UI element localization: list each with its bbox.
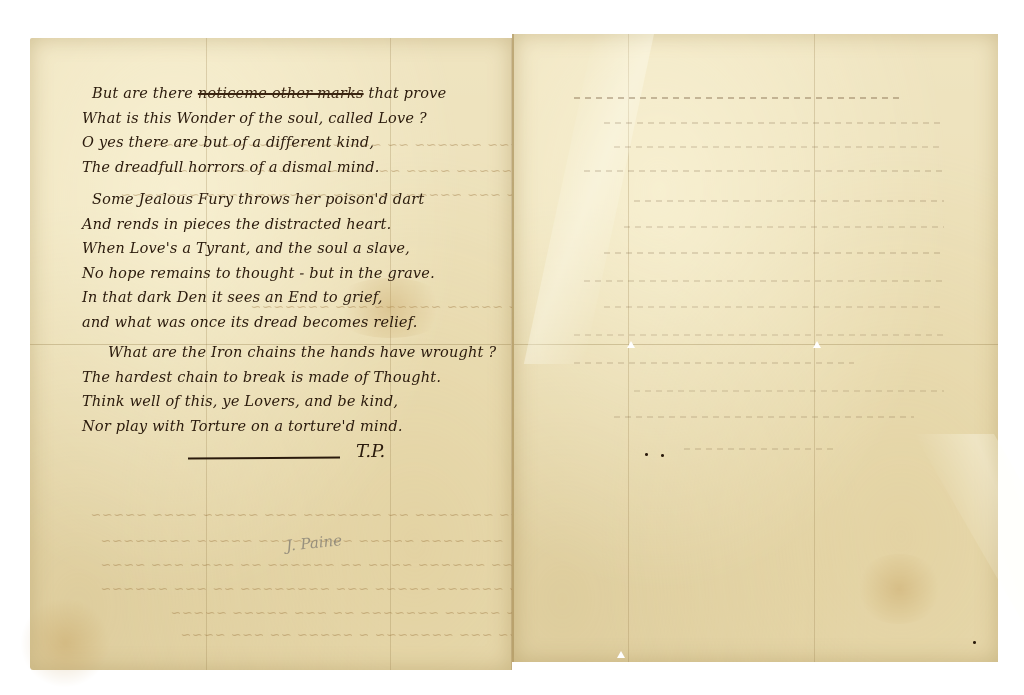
poem-line: and what was once its dread becomes reli…: [82, 311, 502, 336]
poem-line: Nor play with Torture on a torture'd min…: [82, 415, 502, 440]
poem-line: And rends in pieces the distracted heart…: [82, 213, 502, 238]
stanza-2: Some Jealous Fury throws her poison'd da…: [82, 188, 502, 335]
poem-line: The hardest chain to break is made of Th…: [82, 366, 502, 391]
signature-block: T.P.: [188, 443, 448, 467]
fold-tear: [627, 341, 635, 348]
line-text: that prove: [364, 86, 447, 102]
poem-line: Think well of this, ye Lovers, and be ki…: [82, 390, 502, 415]
stanza-1: But are there noticeme other marks that …: [82, 82, 502, 180]
fold-tear: [813, 341, 821, 348]
bleed-through-line: [614, 416, 914, 418]
stanza-3: What are the Iron chains the hands have …: [82, 341, 502, 439]
poem-line: The dreadfull horrors of a dismal mind.: [82, 156, 502, 181]
bleed-through-line: [604, 252, 944, 254]
line-text: But are there: [92, 86, 198, 102]
bleed-through-line: [604, 306, 944, 308]
paper-stain: [854, 554, 944, 624]
fold-tear: [617, 651, 625, 658]
bleed-through-line: [584, 280, 944, 282]
ink-speck: [973, 641, 976, 644]
bleed-through-line: [574, 334, 944, 336]
bleed-through-line: [614, 146, 944, 148]
poem-line: O yes there are but of a different kind,: [82, 131, 502, 156]
diagonal-crease: [914, 434, 1024, 664]
bleed-through-line: [684, 448, 834, 450]
poem-line: Some Jealous Fury throws her poison'd da…: [82, 188, 502, 213]
poem-line: What are the Iron chains the hands have …: [82, 341, 502, 366]
right-page: [512, 34, 998, 662]
bleed-through-text: ~~~~ ~~~~~~ ~~~~ ~~ ~~~~~~ ~~ ~~~~ ~~~ ~…: [100, 558, 536, 573]
struck-through-text: noticeme other marks: [198, 86, 364, 102]
bleed-through-line: [574, 97, 904, 99]
poem-line: But are there noticeme other marks that …: [82, 82, 502, 107]
bleed-through-line: [634, 200, 944, 202]
paper-stain: [20, 598, 110, 688]
fold-crease-vertical: [814, 34, 815, 662]
diagonal-crease: [524, 34, 654, 364]
bleed-through-line: [604, 122, 944, 124]
bleed-through-line: [574, 362, 854, 364]
poem-line: What is this Wonder of the soul, called …: [82, 107, 502, 132]
signature-initials: T.P.: [356, 441, 385, 462]
stanza-spacer: [82, 180, 502, 188]
bleed-through-line: [634, 390, 944, 392]
bleed-through-line: [584, 170, 944, 172]
poem-line: No hope remains to thought - but in the …: [82, 262, 502, 287]
left-page: ~~~ ~~~~ ~~~~~~ ~~ ~~~ ~~~~~ ~~~~~~ ~~~~…: [30, 38, 512, 670]
poem-text: But are there noticeme other marks that …: [82, 82, 502, 439]
signature-rule: [188, 456, 340, 459]
manuscript-sheet: ~~~ ~~~~ ~~~~~~ ~~ ~~~ ~~~~~ ~~~~~~ ~~~~…: [30, 38, 998, 670]
bleed-through-text: ~~ ~~~~~ ~~~~~~~ ~~ ~~~ ~~~~~ ~~~~~: [170, 606, 528, 621]
bleed-through-text: ~~~~ ~~~ ~~~~~~~ ~~ ~~~~~~~ ~~~ ~~~~~ ~~…: [90, 508, 583, 523]
bleed-through-text: ~~ ~~~ ~~~~~~~ ~ ~~~~~ ~~ ~~~ ~~~~: [180, 628, 520, 643]
ink-speck: [645, 453, 648, 456]
ink-speck: [661, 454, 664, 457]
bleed-through-text: ~~~ ~~~~~~ ~~~~~ ~~~ ~~~~~~~~ ~~ ~~~ ~~~…: [100, 582, 543, 597]
poem-line: When Love's a Tyrant, and the soul a sla…: [82, 237, 502, 262]
poem-line: In that dark Den it sees an End to grief…: [82, 286, 502, 311]
bleed-through-line: [624, 226, 944, 228]
